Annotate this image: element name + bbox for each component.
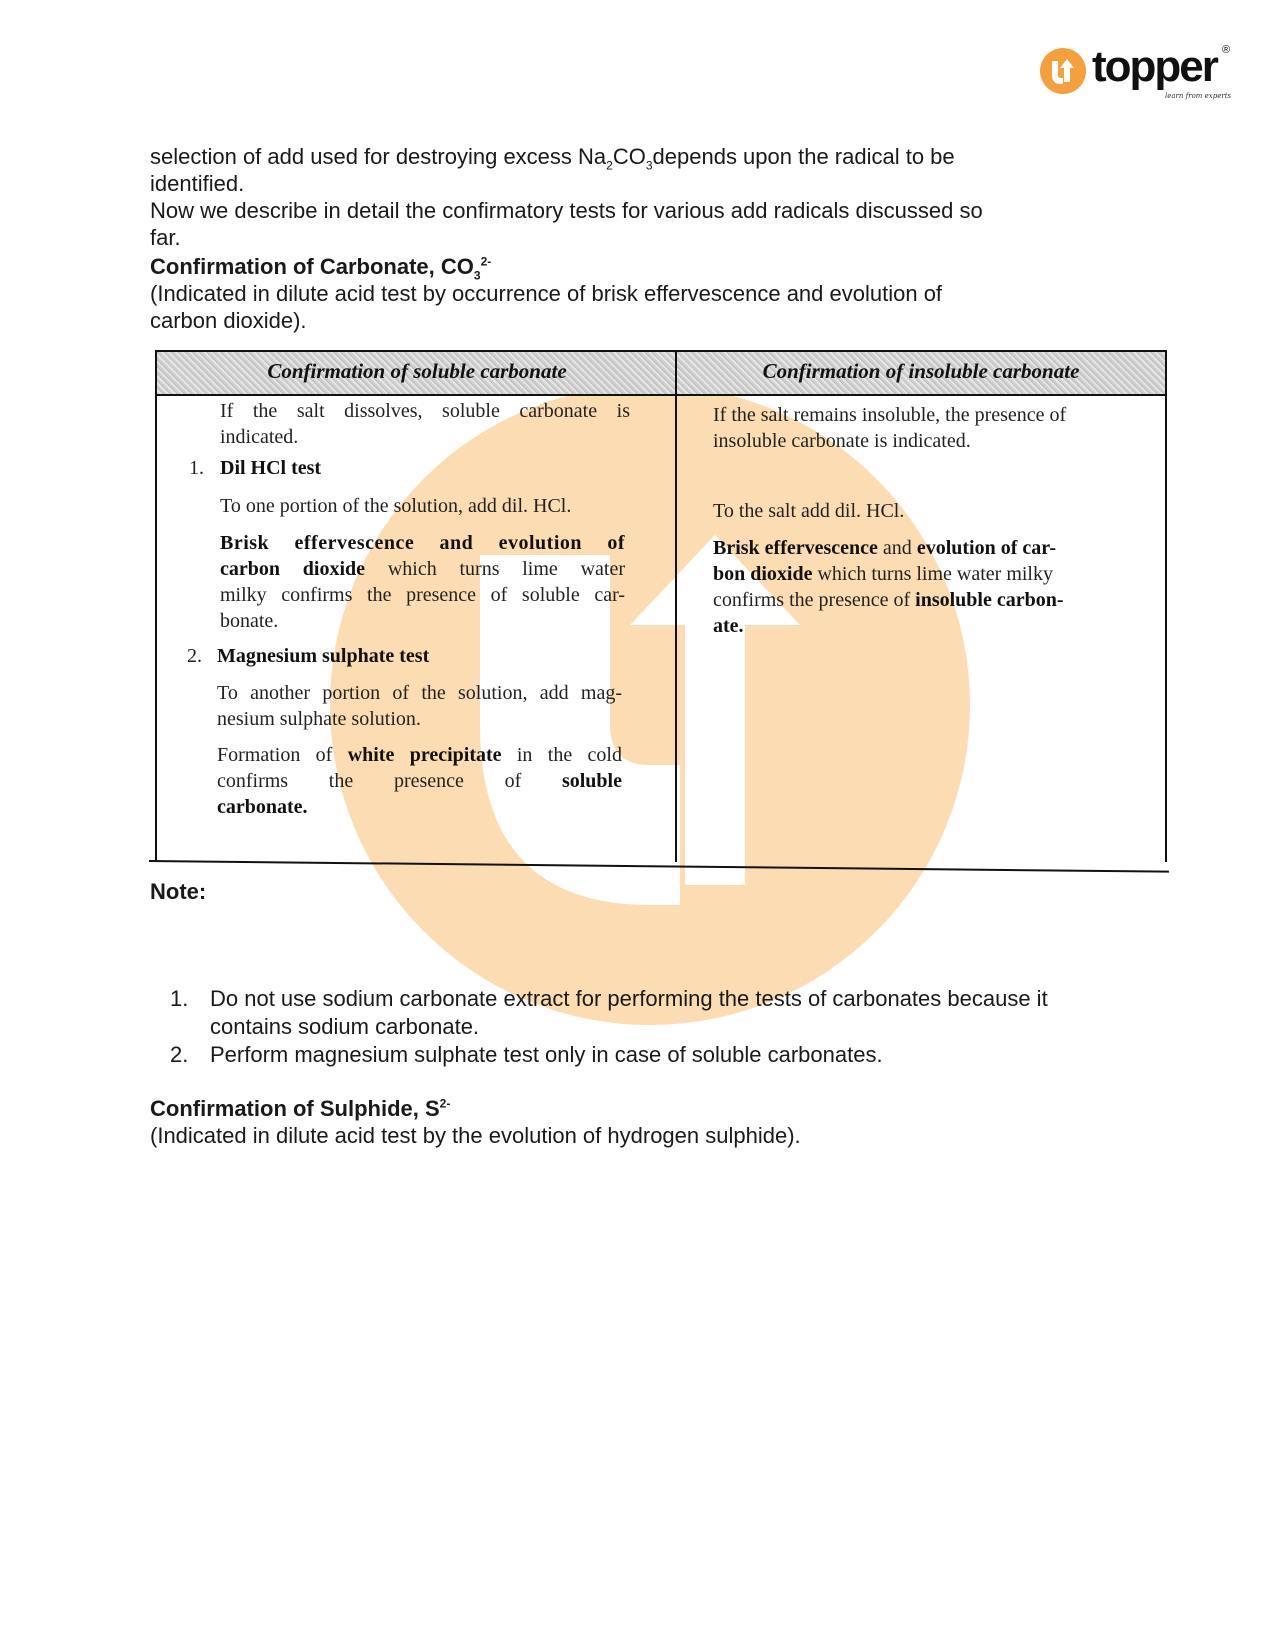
note-list: 1.Do not use sodium carbonate extract fo… xyxy=(170,985,1080,1069)
brand-name: topper xyxy=(1092,42,1217,92)
table-column-soluble: Confirmation of soluble carbonate If the… xyxy=(155,350,677,862)
table-header-soluble: Confirmation of soluble carbonate xyxy=(157,350,677,396)
test-title-magnesium-sulphate: Magnesium sulphate test xyxy=(217,643,429,669)
registered-mark: ® xyxy=(1222,44,1230,56)
section-heading-carbonate: Confirmation of Carbonate, CO32- xyxy=(150,253,942,280)
note-item: 2.Perform magnesium sulphate test only i… xyxy=(170,1041,1080,1069)
table-top-border xyxy=(155,350,1165,352)
test-title-dil-hcl: Dil HCl test xyxy=(220,455,321,481)
sulphide-description: (Indicated in dilute acid test by the ev… xyxy=(150,1122,801,1149)
table-column-insoluble: Confirmation of insoluble carbonate If t… xyxy=(675,350,1167,862)
u-arrow-up-icon xyxy=(1040,48,1086,94)
sulphide-section: Confirmation of Sulphide, S2- (Indicated… xyxy=(150,1095,801,1149)
note-heading: Note: xyxy=(150,878,206,905)
table-header-insoluble: Confirmation of insoluble carbonate xyxy=(677,350,1165,396)
intro-paragraph: selection of add used for destroying exc… xyxy=(150,143,983,251)
brand-tagline: learn from experts xyxy=(1165,92,1231,100)
carbonate-confirmation-table: Confirmation of soluble carbonate If the… xyxy=(155,350,1165,862)
note-item: 1.Do not use sodium carbonate extract fo… xyxy=(170,985,1080,1041)
brand-logo: topper ® learn from experts xyxy=(1040,44,1240,104)
carbonate-section: Confirmation of Carbonate, CO32- (Indica… xyxy=(150,253,942,334)
section-heading-sulphide: Confirmation of Sulphide, S2- xyxy=(150,1095,801,1122)
carbonate-description: (Indicated in dilute acid test by occurr… xyxy=(150,280,942,307)
